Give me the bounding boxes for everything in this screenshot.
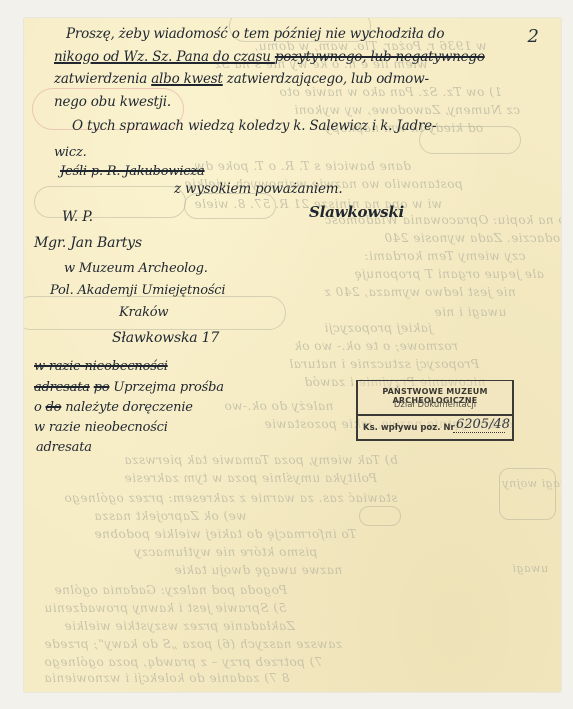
letter-line-3-start: zatwierdzenia: [54, 71, 151, 87]
letter-line-3: zatwierdzenia albo kwest zatwierdzająceg…: [54, 73, 429, 87]
address-salutation: W. P.: [62, 210, 93, 224]
bleed-text: nazwe uwagę dwoju takie: [174, 564, 342, 576]
postscript-line-3: o do należyte doręczenie: [34, 401, 193, 414]
bleed-text: Polityka umyślnie poza w tym zakresie: [124, 472, 377, 484]
bleed-oval: [34, 186, 186, 218]
bleed-margin-box: [499, 468, 556, 520]
stamp-department: Dział Dokumentacji: [364, 400, 506, 410]
letter-line-2: nikogo od Wz. Sz. Pana do czasu pozytywn…: [54, 51, 485, 65]
address-city: Kraków: [119, 306, 168, 319]
bleed-margin-note: uwagi: [512, 563, 548, 574]
letter-line-3-struck: albo kwest: [151, 71, 223, 87]
postscript-delivery: należyte doręczenie: [61, 400, 192, 415]
letter-line-4: nego obu kwestji.: [54, 96, 171, 110]
bleed-text: b) Tak wiemy, poza Tamawie tak pierwsza: [124, 454, 398, 466]
postscript-struck-line: w razie nieobecności: [34, 360, 168, 373]
bleed-text: Zakładanie przez wszystkie wielkie: [64, 620, 295, 632]
letter-line-6: wicz.: [54, 146, 87, 159]
postscript-struck-do: do: [46, 400, 62, 415]
letter-line-7-struck: Jeśli p. R. Jakubowicza: [60, 165, 205, 178]
bleed-text: To informację do takiej wielkie podobne: [94, 528, 356, 540]
postscript-struck-po: po: [94, 380, 110, 395]
bleed-text: 5) Sprawie jest i kawny prowadzeniu: [44, 602, 286, 614]
bleed-text: pismo które nie wytłumaczy: [134, 546, 317, 558]
bleed-oval: [359, 506, 401, 526]
bleed-text: 1) ow Tz. Sz. Pan ako w nawie oto: [279, 86, 502, 98]
stamp-entry-label: Ks. wpływu poz. Nr: [363, 423, 455, 433]
postscript-request: Uprzejma prośba: [109, 380, 223, 395]
postscript-line-4: w razie nieobecności: [34, 421, 168, 434]
bleed-text: 7) potrzeb przy – z prawdą, poza ogólneg…: [44, 656, 323, 668]
stamp-divider: [358, 414, 512, 416]
postscript-line-2: adresata po Uprzejma prośba: [34, 381, 224, 394]
bleed-text: Propozycj sztucznie i natural: [289, 358, 479, 370]
bleed-margin-note: 7 uwagi wojny: [502, 478, 561, 489]
museum-stamp: PAŃSTWOWE MUZEUM ARCHEOLOGICZNE Dział Do…: [356, 380, 514, 441]
address-institution-2: Pol. Akademji Umiejętności: [50, 284, 225, 297]
bleed-text: Pogoda pod nalezy: Gadania ogólne: [54, 584, 287, 596]
letter-line-2-text: nikogo od Wz. Sz. Pana do czasu: [54, 49, 275, 65]
bleed-text: cz Numeny, Zawodowe, wy wykoni: [294, 104, 520, 116]
signature: Slawkowski: [309, 205, 404, 220]
bleed-text: rozmowe; o te ok.- wo ok: [294, 340, 458, 352]
bleed-text: zawsze naszych (6) poza „S do kawy“; prz…: [44, 638, 342, 650]
bleed-text: dane bawicie s T. R. o T. poke dw: [194, 160, 411, 172]
bleed-text: jakiej propozycji: [324, 322, 432, 334]
bleed-text: czy wiemy Tem kordami:: [364, 250, 526, 262]
stamp-dotted-line: [453, 432, 505, 433]
page-number: 2: [528, 26, 539, 47]
letter-line-2-struck: pozytywnego, lub negatywnego: [275, 49, 485, 65]
bleed-text: podaczie. Zada wynosie 240: [384, 232, 561, 244]
letter-line-5: O tych sprawach wiedzą koledzy k. Salewi…: [72, 120, 436, 134]
closing-line: z wysokiem poważaniem.: [174, 183, 342, 197]
bleed-text: uwagi i nie: [434, 306, 506, 318]
letter-line-1: Proszę, żeby wiadomość o tem później nie…: [66, 28, 444, 42]
postscript-struck-word: adresata: [34, 380, 90, 395]
bleed-text: stawiać zas. za warnie z zakresem: przez…: [64, 492, 398, 504]
bleed-text: należy do ok.-wo: [224, 400, 333, 412]
bleed-text: 8 7) zadanie do kolekcji i wznowienia: [44, 672, 290, 684]
stamp-entry-number: 6205/48: [456, 417, 510, 432]
bleed-text: ale jeque organi T proponuję: [354, 268, 544, 280]
address-institution-1: w Muzeum Archeolog.: [64, 262, 208, 275]
postscript-line-5: adresata: [36, 441, 92, 454]
letter-line-3-end: zatwierdzającego, lub odmow-: [223, 71, 429, 87]
bleed-text: we) ok Zaprojekt nasza: [94, 510, 247, 522]
letter-page: w 1936 r. Pożar. Tlo. wam, w domu, wiem …: [24, 18, 561, 692]
bleed-text: nie jest ledwo wymaza, 240 z: [324, 286, 516, 298]
address-street: Sławkowska 17: [112, 331, 219, 345]
postscript-o: o: [34, 400, 46, 415]
address-name: Mgr. Jan Bartys: [34, 236, 142, 250]
